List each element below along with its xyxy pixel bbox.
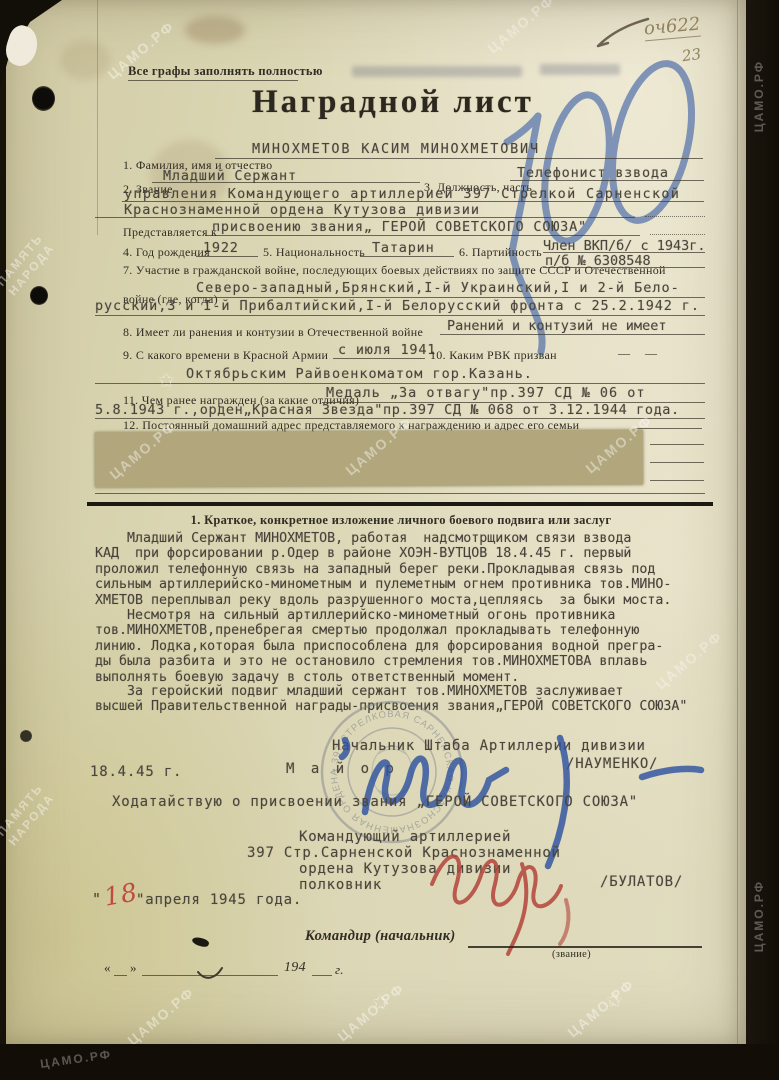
watermark-star: ✩ (606, 988, 623, 1012)
scanned-award-document: Все графы заполнять полностью Наградной … (0, 0, 779, 1080)
scanner-margin-right (746, 0, 779, 1080)
watermark-star: ✩ (372, 990, 389, 1014)
watermark-star: ✩ (158, 368, 175, 392)
scanner-margin-bottom (0, 1044, 779, 1080)
pencil-tick-footer (0, 0, 779, 1080)
